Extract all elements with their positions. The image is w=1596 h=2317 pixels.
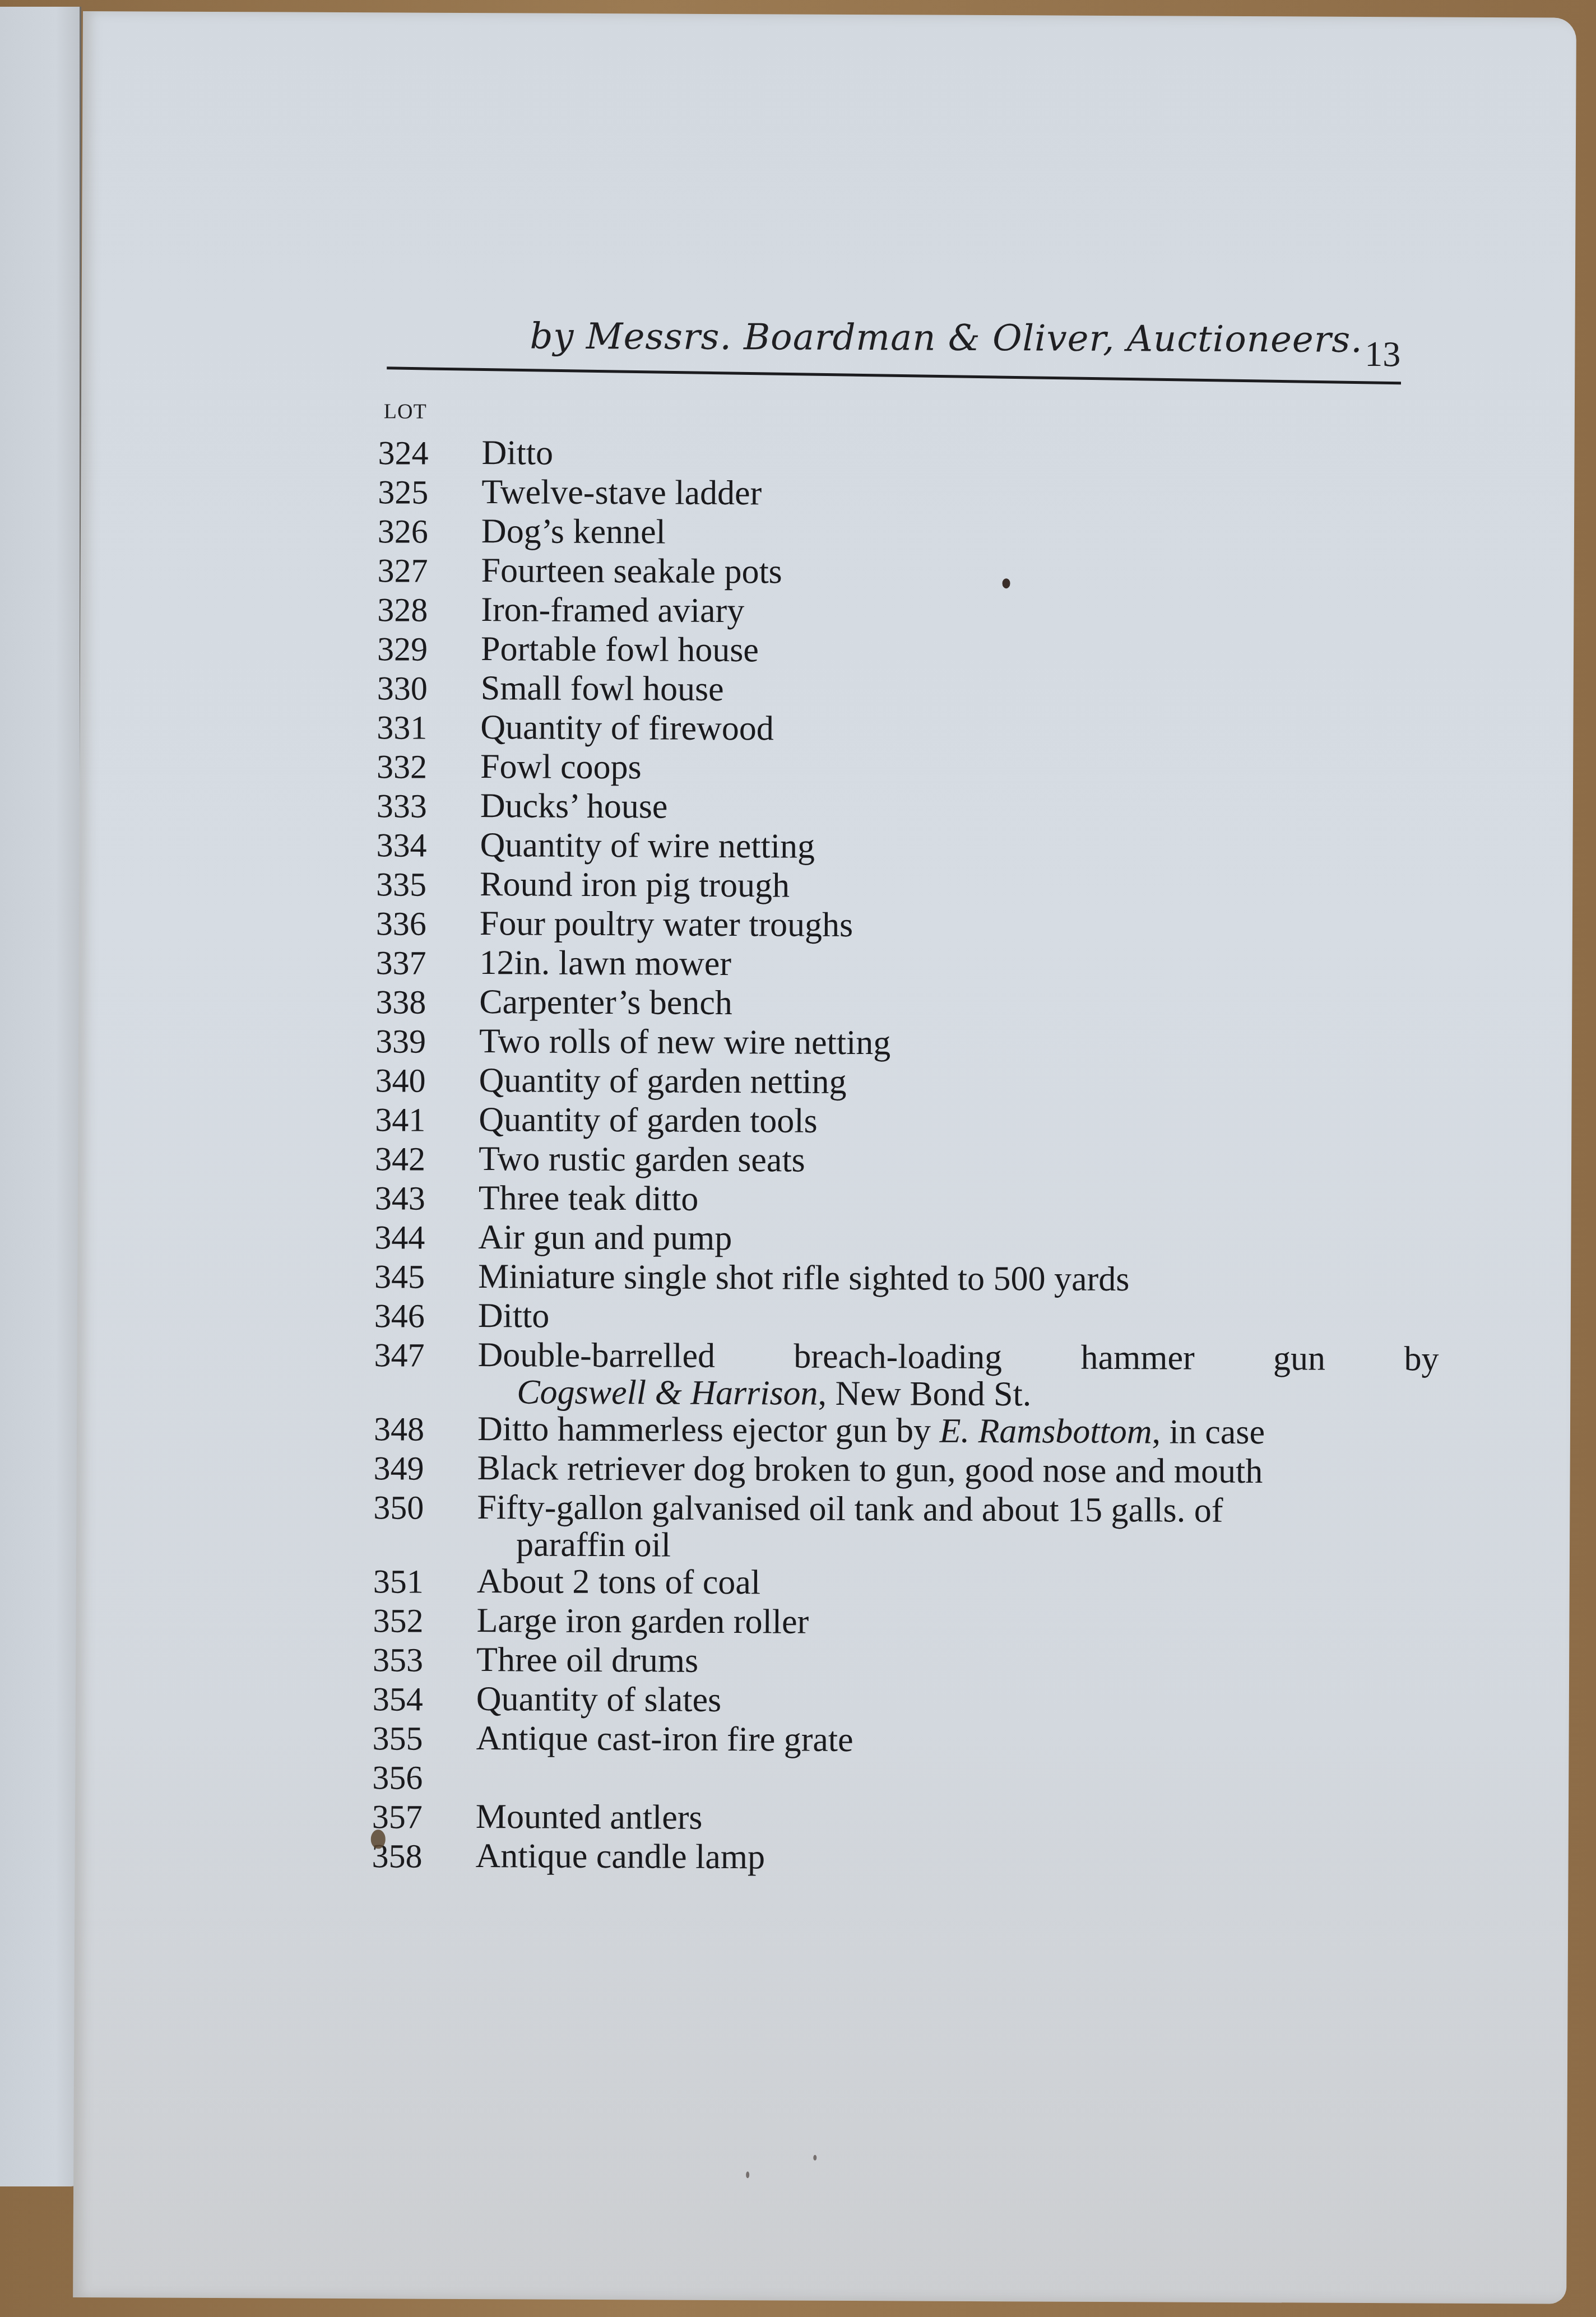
lot-number: 333: [377, 787, 480, 826]
lot-description: Ditto hammerless ejector gun by E. Ramsb…: [477, 1410, 1439, 1451]
lot-row: 356: [372, 1758, 1437, 1802]
lot-number: 351: [373, 1562, 477, 1601]
ink-stain: [371, 1830, 386, 1849]
lot-number: 331: [377, 708, 480, 747]
lot-description: Twelve-stave ladder: [481, 473, 1442, 514]
lot-number: 328: [377, 591, 481, 630]
lot-row: 344Air gun and pump: [374, 1218, 1439, 1262]
lot-description: Black retriever dog broken to gun, good …: [477, 1450, 1439, 1491]
lot-description-pre: Ditto hammerless ejector gun by: [477, 1410, 940, 1450]
lot-description: Quantity of garden netting: [479, 1062, 1440, 1103]
lot-description: Four poultry water troughs: [480, 905, 1441, 946]
lot-number: 337: [375, 944, 479, 983]
paper-speck: [813, 2155, 816, 2161]
lot-row: 33712in. lawn mower: [375, 944, 1440, 987]
lot-description: Ducks’ house: [480, 787, 1441, 828]
lot-number: 332: [377, 747, 480, 787]
lot-number: 357: [372, 1798, 476, 1837]
lot-number: 344: [374, 1218, 478, 1257]
lot-description: Fourteen seakale pots: [481, 552, 1442, 593]
lot-number: 335: [376, 865, 480, 904]
lot-number: 334: [376, 826, 480, 865]
lot-description: Quantity of wire netting: [480, 826, 1441, 867]
lot-number: 340: [375, 1061, 479, 1101]
lot-number: 330: [377, 669, 481, 708]
lot-row: 328Iron-framed aviary: [377, 591, 1442, 634]
lot-description-continuation: Cogswell & Harrison, New Bond St.: [477, 1373, 1439, 1414]
lot-number: 324: [378, 434, 481, 473]
lot-description: Carpenter’s bench: [479, 983, 1440, 1024]
lot-row: 352Large iron garden roller: [373, 1601, 1437, 1645]
lot-row: 354Quantity of slates: [373, 1680, 1437, 1724]
lot-description-continuation: paraffin oil: [477, 1526, 1438, 1567]
lot-number: 341: [375, 1101, 479, 1140]
lot-number: 352: [373, 1601, 476, 1641]
lot-row: 339Two rolls of new wire netting: [375, 1022, 1440, 1066]
lot-row: 355Antique cast-iron fire grate: [372, 1719, 1437, 1763]
lot-description: Small fowl house: [481, 670, 1442, 711]
lot-number: 356: [372, 1758, 476, 1798]
lot-description: Ditto: [478, 1297, 1439, 1338]
lot-number: 336: [376, 904, 480, 944]
lot-description: Mounted antlers: [476, 1798, 1437, 1839]
lot-row: 331Quantity of firewood: [377, 708, 1441, 752]
lot-number: 345: [374, 1257, 478, 1297]
lot-row: 325Twelve-stave ladder: [378, 473, 1442, 517]
lot-number: 353: [373, 1641, 476, 1680]
lot-row: 351About 2 tons of coal: [373, 1562, 1438, 1606]
lot-description: Antique candle lamp: [475, 1837, 1436, 1878]
facing-page-edge: [0, 7, 81, 2186]
maker-address: , New Bond St.: [818, 1375, 1032, 1414]
lot-row: 346Ditto: [374, 1297, 1439, 1340]
lot-description: Three teak ditto: [479, 1180, 1440, 1220]
lot-row: 358Antique candle lamp: [372, 1837, 1436, 1880]
lot-description-line: Fifty-gallon galvanised oil tank and abo…: [477, 1489, 1438, 1530]
lot-number: 329: [377, 630, 481, 669]
lot-row: 330Small fowl house: [377, 669, 1442, 713]
lot-row: 334Quantity of wire netting: [376, 826, 1441, 870]
lot-description: Two rustic garden seats: [479, 1140, 1440, 1181]
header-rule: [387, 366, 1401, 384]
lot-row: 326Dog’s kennel: [378, 512, 1442, 556]
lot-number: 349: [374, 1449, 477, 1488]
maker-name: Cogswell & Harrison: [517, 1373, 818, 1412]
lot-column-label: LOT: [384, 399, 427, 424]
lot-description: Portable fowl house: [481, 630, 1442, 671]
lot-description: Quantity of firewood: [480, 709, 1441, 750]
lot-description-post: , in case: [1152, 1413, 1265, 1451]
lot-description: Fifty-gallon galvanised oil tank and abo…: [477, 1489, 1439, 1567]
lot-description: Air gun and pump: [478, 1219, 1439, 1260]
lot-row: 350 Fifty-gallon galvanised oil tank and…: [373, 1488, 1439, 1567]
lot-number: 350: [373, 1488, 477, 1527]
lot-row: 327Fourteen seakale pots: [377, 551, 1442, 595]
lot-description: Round iron pig trough: [480, 866, 1441, 907]
lot-description: Iron-framed aviary: [481, 591, 1442, 632]
lot-list: 324Ditto 325Twelve-stave ladder 326Dog’s…: [372, 434, 1442, 1880]
lot-row: 347 Double-barrelled breach-loading hamm…: [374, 1336, 1439, 1414]
lot-description: Quantity of slates: [476, 1680, 1437, 1721]
lot-description: Quantity of garden tools: [479, 1101, 1440, 1142]
lot-number: 325: [378, 473, 481, 512]
lot-number: 327: [377, 551, 481, 591]
lot-number: 358: [372, 1837, 475, 1876]
lot-row: 340Quantity of garden netting: [375, 1061, 1440, 1105]
lot-row: 338Carpenter’s bench: [375, 983, 1440, 1027]
lot-row: 345Miniature single shot rifle sighted t…: [374, 1257, 1439, 1301]
paper-speck: [746, 2171, 749, 2178]
lot-number: 339: [375, 1022, 479, 1061]
lot-description: Three oil drums: [476, 1641, 1437, 1682]
lot-row: 329Portable fowl house: [377, 630, 1442, 674]
lot-row: 342Two rustic garden seats: [375, 1140, 1440, 1183]
lot-row: 349Black retriever dog broken to gun, go…: [374, 1449, 1439, 1493]
lot-row: 357Mounted antlers: [372, 1798, 1437, 1841]
lot-description: Two rolls of new wire netting: [479, 1023, 1440, 1064]
lot-number: 343: [375, 1179, 479, 1218]
lot-description: Fowl coops: [480, 748, 1441, 789]
lot-number: 338: [375, 983, 479, 1022]
lot-number: 346: [374, 1297, 478, 1336]
lot-description: Ditto: [481, 434, 1442, 475]
maker-name: E. Ramsbottom: [940, 1412, 1152, 1451]
lot-number: 347: [374, 1336, 477, 1375]
lot-description-line: Double-barrelled breach-loading hammer g…: [477, 1336, 1439, 1377]
lot-row: 333Ducks’ house: [377, 787, 1441, 830]
lot-row: 324Ditto: [378, 434, 1442, 477]
lot-description: Miniature single shot rifle sighted to 5…: [478, 1258, 1439, 1299]
page-number: 13: [1365, 333, 1400, 375]
lot-description: Antique cast-iron fire grate: [476, 1720, 1437, 1761]
lot-number: 348: [374, 1410, 477, 1449]
lot-row: 332Fowl coops: [377, 747, 1441, 791]
lot-description: Dog’s kennel: [481, 513, 1442, 554]
lot-row: 348 Ditto hammerless ejector gun by E. R…: [374, 1410, 1439, 1454]
lot-row: 341Quantity of garden tools: [375, 1101, 1440, 1144]
paper-speck: [1003, 578, 1010, 588]
lot-description: Large iron garden roller: [476, 1602, 1437, 1643]
lot-number: 326: [378, 512, 481, 551]
lot-row: 335Round iron pig trough: [376, 865, 1441, 909]
lot-row: 353Three oil drums: [373, 1641, 1437, 1684]
running-header: by Messrs. Boardman & Oliver, Auctioneer…: [530, 315, 1362, 360]
lot-number: 342: [375, 1140, 479, 1179]
catalogue-page: by Messrs. Boardman & Oliver, Auctioneer…: [73, 11, 1576, 2304]
lot-row: 336Four poultry water troughs: [376, 904, 1441, 948]
lot-number: 355: [372, 1719, 476, 1758]
lot-number: 354: [373, 1680, 476, 1719]
lot-description: 12in. lawn mower: [479, 944, 1440, 985]
lot-description: Double-barrelled breach-loading hammer g…: [477, 1336, 1439, 1414]
lot-description: About 2 tons of coal: [477, 1563, 1438, 1604]
lot-row: 343Three teak ditto: [375, 1179, 1440, 1223]
